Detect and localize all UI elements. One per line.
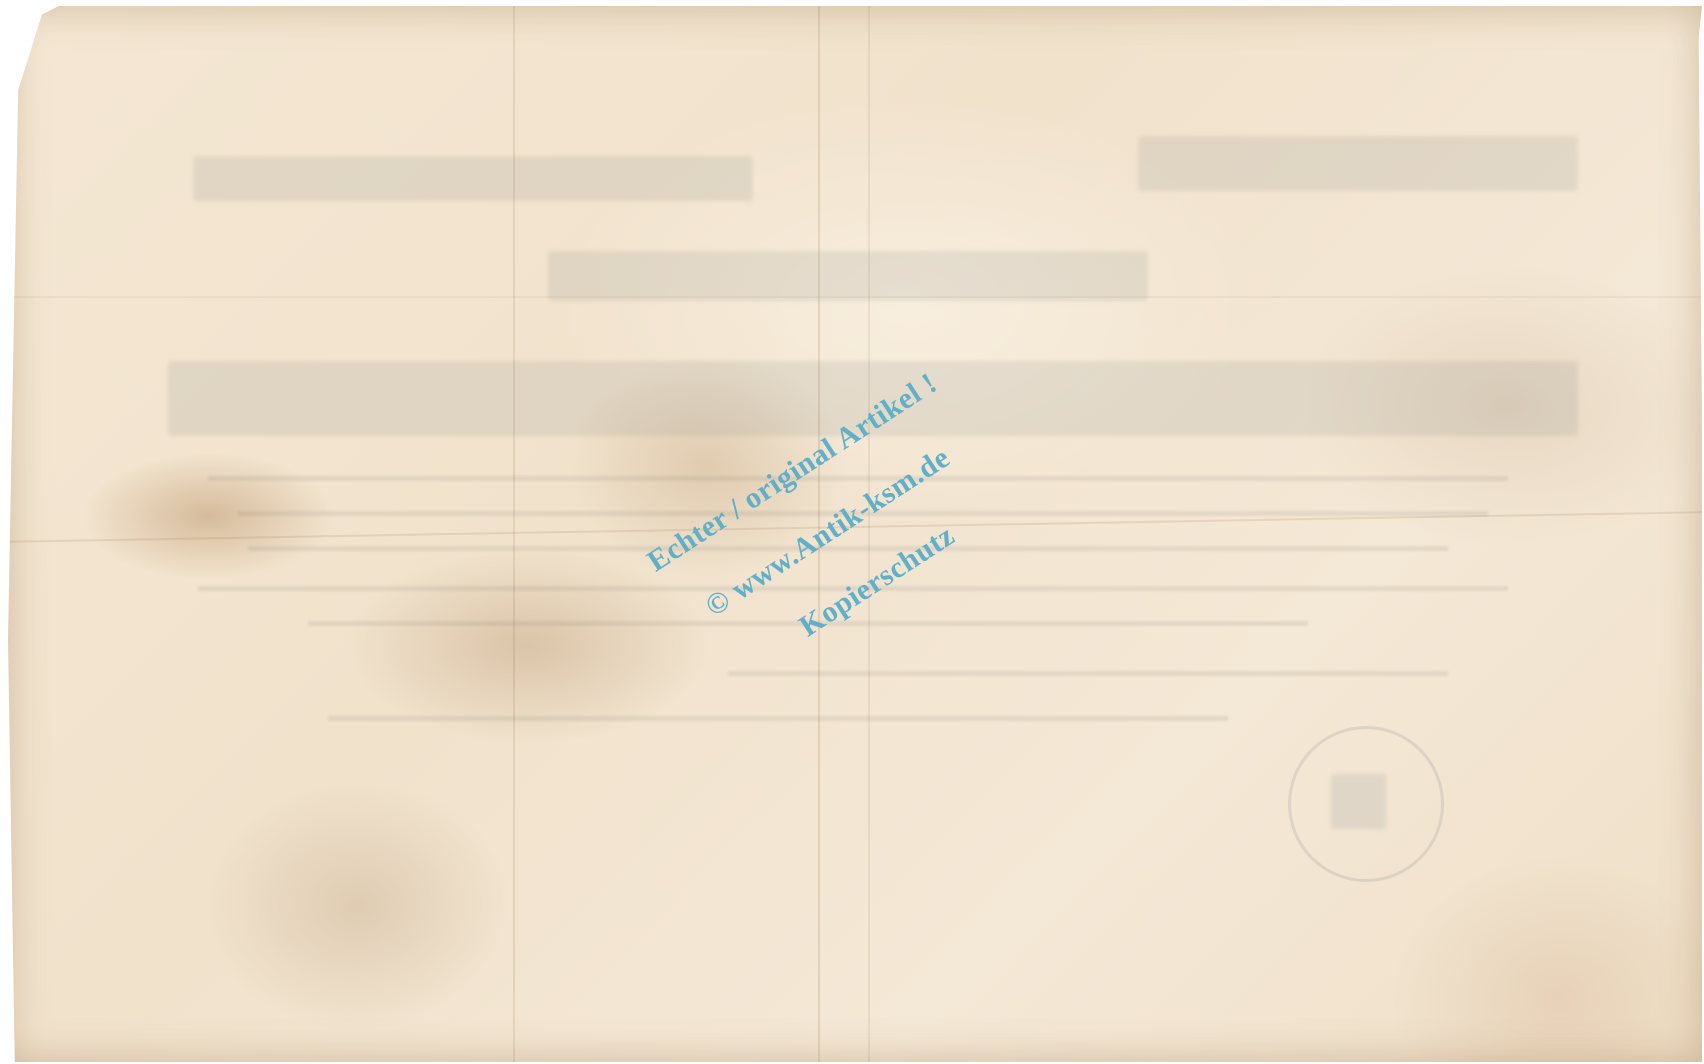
bleed-through-text-line bbox=[208, 476, 1508, 481]
bleed-through-title bbox=[168, 361, 1578, 436]
bleed-through-text-line bbox=[728, 671, 1448, 676]
bleed-through-text-line bbox=[248, 546, 1448, 551]
bleed-through-stamp bbox=[1288, 726, 1444, 882]
stamp-emblem bbox=[1331, 774, 1386, 829]
bleed-through-header-right bbox=[1138, 136, 1578, 191]
fold-crease bbox=[818, 6, 820, 1062]
bleed-through-text-line bbox=[198, 586, 1508, 591]
bleed-through-text-line bbox=[238, 511, 1488, 516]
bleed-through-text-line bbox=[328, 716, 1228, 721]
bleed-through-subtitle bbox=[548, 251, 1148, 301]
bleed-through-header-left bbox=[193, 156, 753, 201]
bleed-through-text-line bbox=[308, 621, 1308, 626]
banknote-paper bbox=[8, 6, 1702, 1062]
fold-crease bbox=[868, 6, 870, 1062]
